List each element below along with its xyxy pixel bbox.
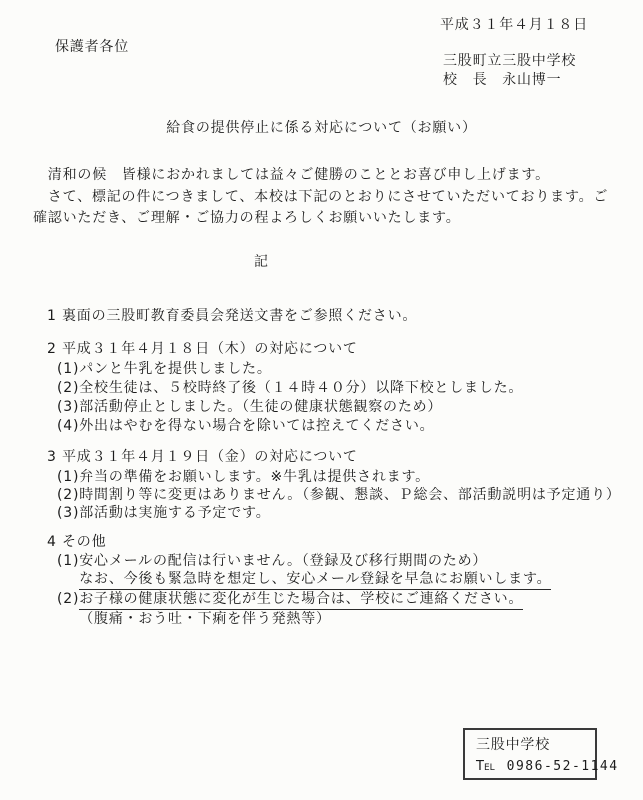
page-title: 給食の提供停止に係る対応について（お願い） <box>0 117 643 137</box>
greeting-paragraph: 清和の候 皆様におかれましては益々ご健勝のこととお喜び申し上げます。 さて、標記… <box>33 165 608 230</box>
greeting-line: 確認いただき、ご理解・ご協力の程よろしくお願いいたします。 <box>33 208 461 230</box>
item-text-underlined: お子様の健康状態に変化が生じた場合は、学校にご連絡ください。 <box>79 590 523 610</box>
item-text: 安心メールの配信は行いません。（登録及び移行期間のため） <box>79 552 487 570</box>
item-text: 時間割り等に変更はありません。（参観、懇談、Ｐ総会、部活動説明は予定通り） <box>79 486 620 504</box>
section-2: 2平成３１年４月１８日（木）の対応について (1) パンと牛乳を提供しました。 … <box>47 340 523 436</box>
item-text: 外出はやむを得ない場合を除いては控えてください。 <box>79 417 434 436</box>
list-item: (2) 全校生徒は、５校時終了後（１４時４０分）以降下校としました。 <box>57 379 523 398</box>
record-marker: 記 <box>254 251 269 271</box>
section-heading-text: 平成３１年４月１９日（金）の対応について <box>62 449 358 465</box>
section-4: 4その他 (1) 安心メールの配信は行いません。（登録及び移行期間のため） なお… <box>47 533 551 628</box>
section-heading: 4その他 <box>47 533 551 552</box>
section-heading: 1裏面の三股町教育委員会発送文書をご参照ください。 <box>47 307 417 326</box>
section-heading: 3平成３１年４月１９日（金）の対応について <box>47 448 621 467</box>
list-item: (3) 部活動は実施する予定です。 <box>57 504 621 522</box>
contact-school-name: 三股中学校 <box>476 735 595 756</box>
sender-principal: 校 長 永山博一 <box>443 71 576 89</box>
section-1: 1裏面の三股町教育委員会発送文書をご参照ください。 <box>47 307 417 326</box>
item-label: (3) <box>57 504 79 522</box>
item-label: (2) <box>57 486 79 504</box>
list-item: (1) 安心メールの配信は行いません。（登録及び移行期間のため） なお、今後も緊… <box>57 552 551 590</box>
item-text: パンと牛乳を提供しました。 <box>79 360 271 379</box>
item-label: (3) <box>57 398 79 417</box>
list-item: (1) 弁当の準備をお願いします。※牛乳は提供されます。 <box>57 468 621 486</box>
item-label: (1) <box>57 552 79 570</box>
item-text: 弁当の準備をお願いします。※牛乳は提供されます。 <box>79 468 430 486</box>
section-heading: 2平成３１年４月１８日（木）の対応について <box>47 340 523 359</box>
contact-tel-row: TEL0986-52-1144 <box>476 756 595 779</box>
document-date: 平成３１年４月１８日 <box>440 14 588 34</box>
contact-box: 三股中学校 TEL0986-52-1144 <box>463 728 597 780</box>
document-page: 平成３１年４月１８日 保護者各位 三股町立三股中学校 校 長 永山博一 給食の提… <box>0 0 643 800</box>
item-label: (1) <box>57 360 79 379</box>
section-heading-text: その他 <box>62 534 106 550</box>
section-items: (1) 安心メールの配信は行いません。（登録及び移行期間のため） なお、今後も緊… <box>57 552 551 628</box>
sender-school: 三股町立三股中学校 <box>443 52 576 70</box>
section-heading-text: 裏面の三股町教育委員会発送文書をご参照ください。 <box>62 308 417 324</box>
section-number: 1 <box>47 307 62 326</box>
item-text: 部活動停止としました。（生徒の健康状態観察のため） <box>79 398 442 417</box>
item-text: 全校生徒は、５校時終了後（１４時４０分）以降下校としました。 <box>79 379 523 398</box>
section-items: (1) パンと牛乳を提供しました。 (2) 全校生徒は、５校時終了後（１４時４０… <box>57 360 523 436</box>
item-label: (1) <box>57 468 79 486</box>
list-item: (3) 部活動停止としました。（生徒の健康状態観察のため） <box>57 398 523 417</box>
greeting-line: さて、標記の件につきまして、本校は下記のとおりにさせていただいております。ご <box>33 187 608 209</box>
addressee: 保護者各位 <box>55 36 129 56</box>
list-item: (2) お子様の健康状態に変化が生じた場合は、学校にご連絡ください。 （腹痛・お… <box>57 590 551 628</box>
section-number: 4 <box>47 533 62 552</box>
list-item: (4) 外出はやむを得ない場合を除いては控えてください。 <box>57 417 523 436</box>
tel-number: 0986-52-1144 <box>507 759 619 774</box>
item-text: （腹痛・おう吐・下痢を伴う発熱等） <box>79 610 331 628</box>
list-item: (2) 時間割り等に変更はありません。（参観、懇談、Ｐ総会、部活動説明は予定通り… <box>57 486 621 504</box>
item-label: (2) <box>57 379 79 398</box>
section-heading-text: 平成３１年４月１８日（木）の対応について <box>62 341 358 357</box>
list-item: (1) パンと牛乳を提供しました。 <box>57 360 523 379</box>
greeting-line: 清和の候 皆様におかれましては益々ご健勝のこととお喜び申し上げます。 <box>33 165 550 187</box>
section-3: 3平成３１年４月１９日（金）の対応について (1) 弁当の準備をお願いします。※… <box>47 448 621 522</box>
item-text: 部活動は実施する予定です。 <box>79 504 270 522</box>
section-items: (1) 弁当の準備をお願いします。※牛乳は提供されます。 (2) 時間割り等に変… <box>57 468 621 522</box>
item-label: (2) <box>57 590 79 608</box>
section-number: 2 <box>47 340 62 359</box>
sender-block: 三股町立三股中学校 校 長 永山博一 <box>443 52 576 90</box>
tel-label: TEL <box>476 756 495 779</box>
item-text-underlined: なお、今後も緊急時を想定し、安心メール登録を早急にお願いします。 <box>79 570 551 590</box>
item-label: (4) <box>57 417 79 436</box>
section-number: 3 <box>47 448 62 467</box>
